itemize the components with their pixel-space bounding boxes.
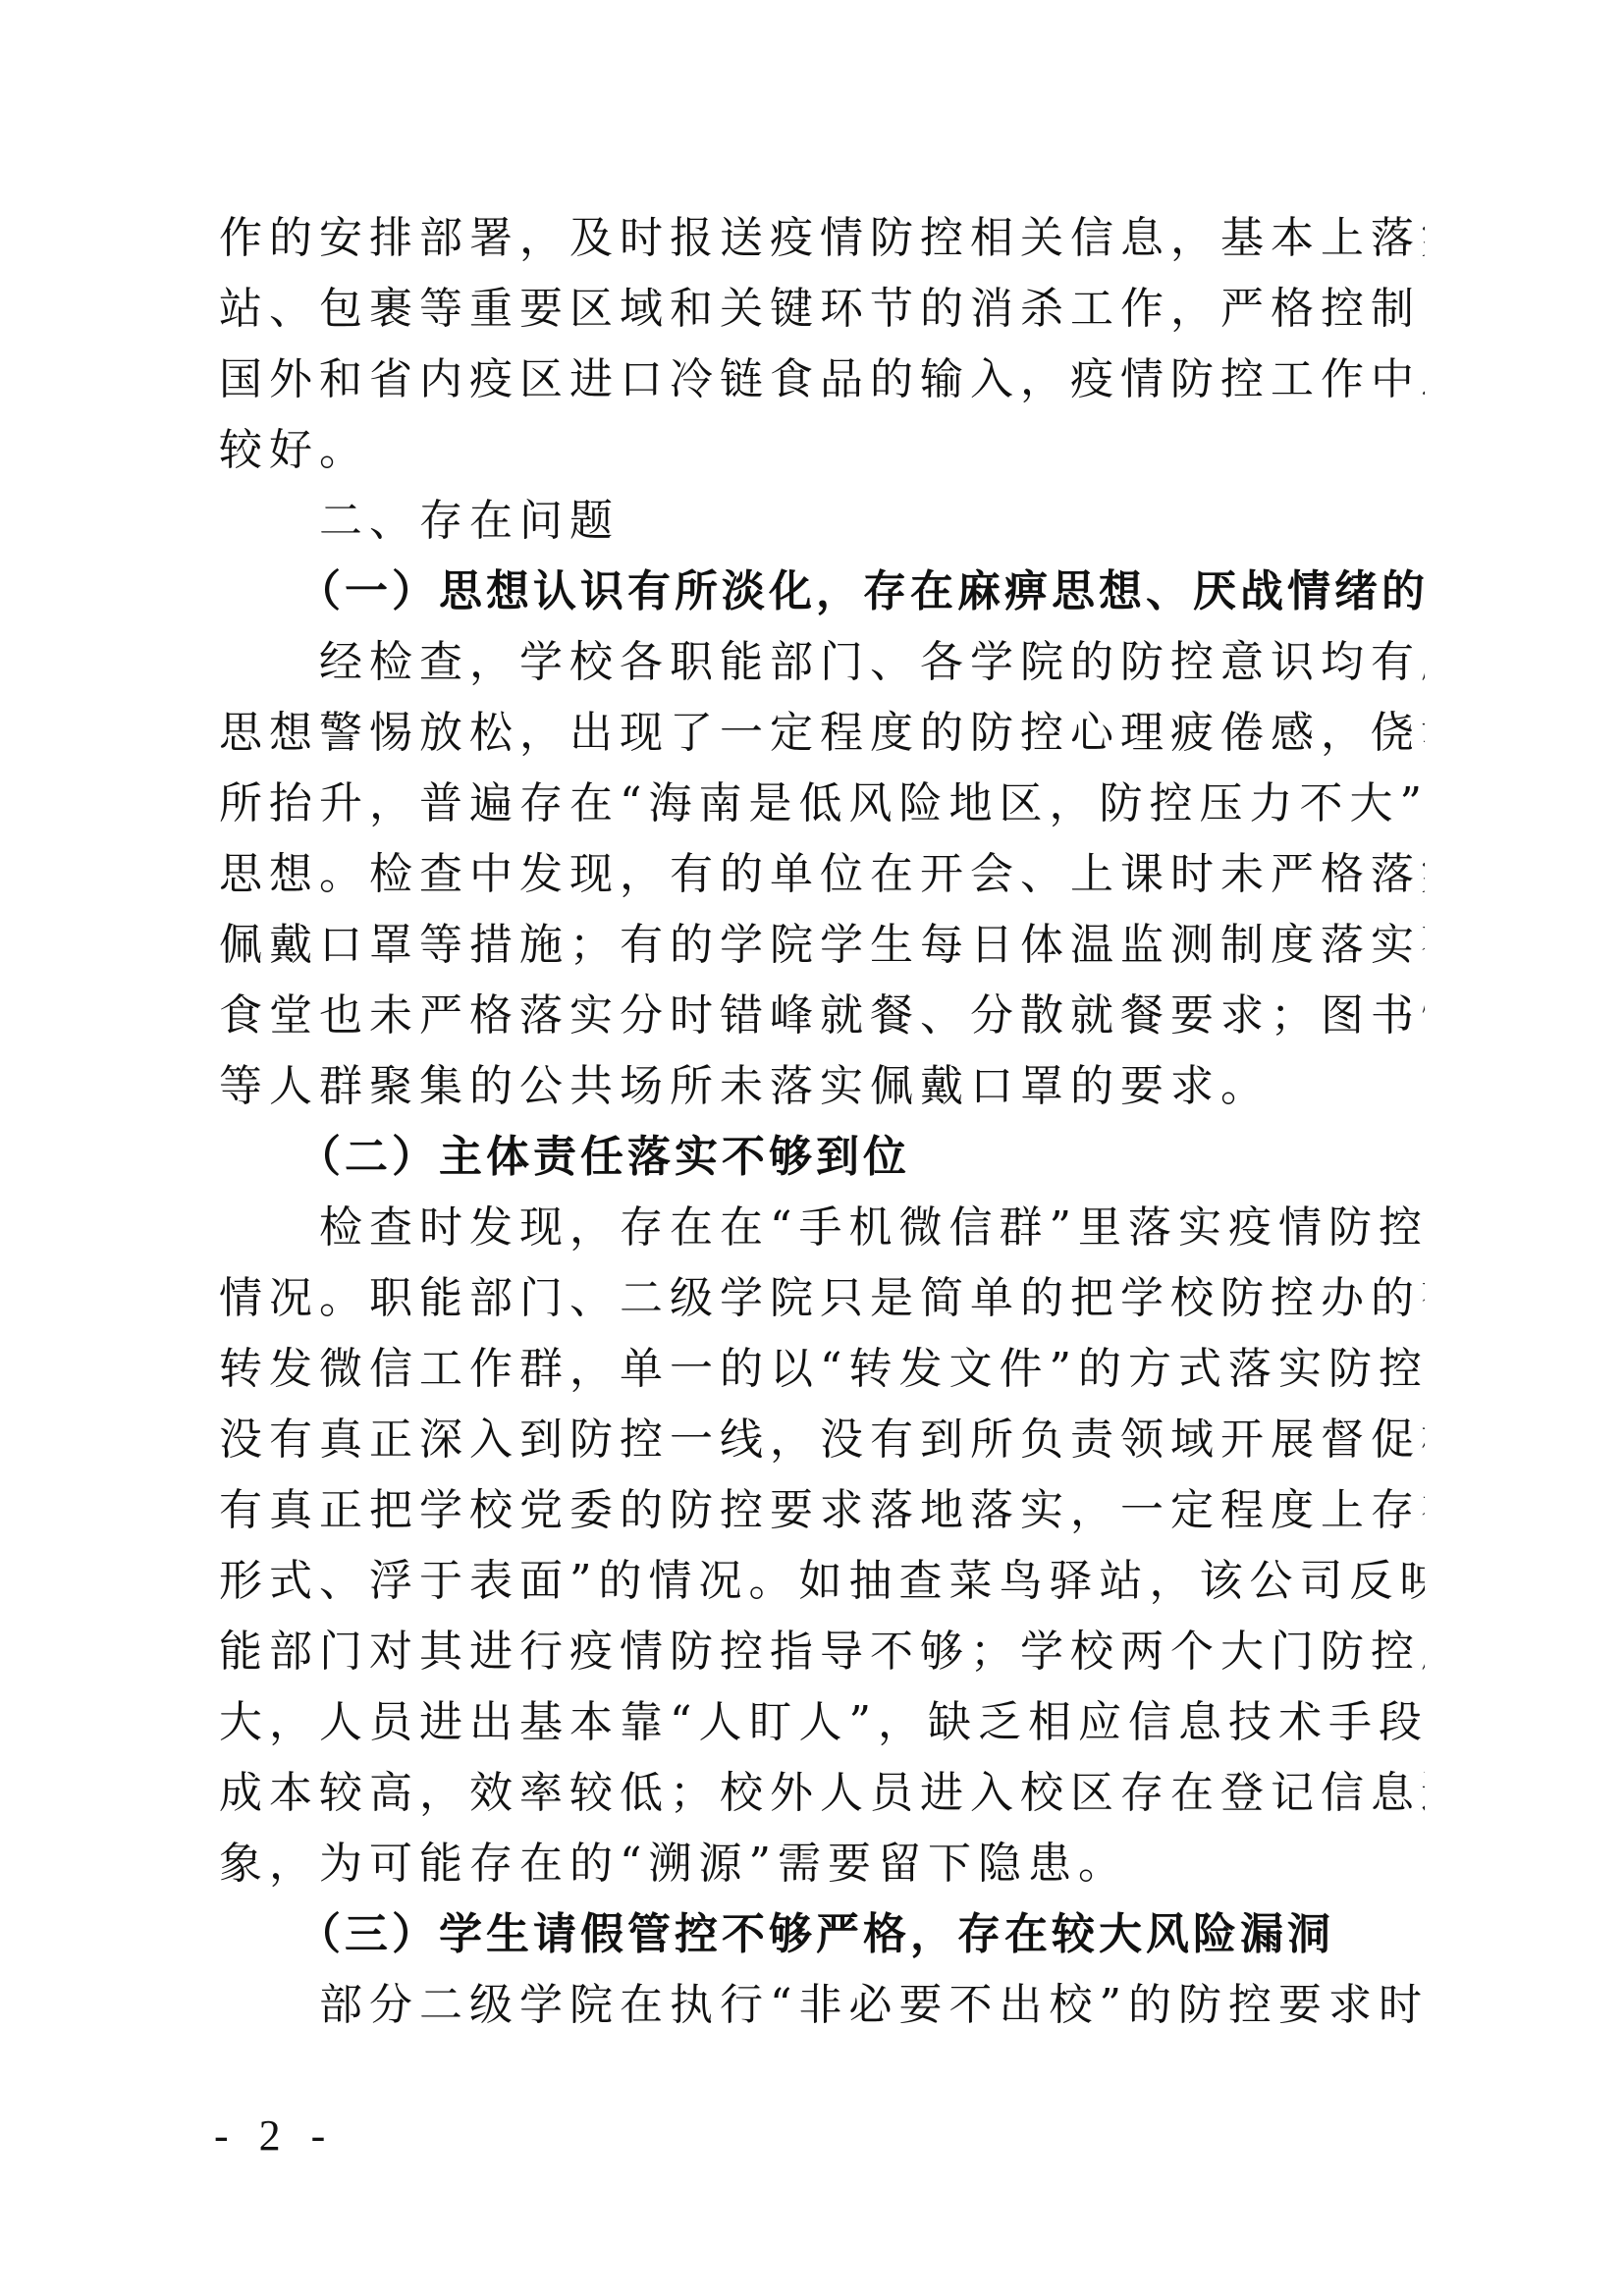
subsection-heading: （三）学生请假管控不够严格，存在较大风险漏洞 [219, 1899, 1425, 1970]
body-line: 转发微信工作群，单一的以“转发文件”的方式落实防控工作， [219, 1334, 1425, 1405]
body-line: 等人群聚集的公共场所未落实佩戴口罩的要求。 [219, 1051, 1425, 1122]
paragraph-start: 经检查，学校各职能部门、各学院的防控意识均有所松懈， [219, 627, 1425, 698]
body-line: 能部门对其进行疫情防控指导不够；学校两个大门防控压力较 [219, 1617, 1425, 1687]
body-line: 站、包裹等重要区域和关键环节的消杀工作，严格控制了食堂从 [219, 274, 1425, 345]
body-line: 佩戴口罩等措施；有的学院学生每日体温监测制度落实不到位； [219, 910, 1425, 981]
page-number: - 2 - [214, 2110, 335, 2161]
body-line: 大，人员进出基本靠“人盯人”，缺乏相应信息技术手段，人力 [219, 1687, 1425, 1758]
body-line: 食堂也未严格落实分时错峰就餐、分散就餐要求；图书馆、食堂 [219, 981, 1425, 1051]
body-line: 所抬升，普遍存在“海南是低风险地区，防控压力不大”的错误 [219, 769, 1425, 839]
body-line: 有真正把学校党委的防控要求落地落实，一定程度上存在“流于 [219, 1475, 1425, 1546]
body-line: 形式、浮于表面”的情况。如抽查菜鸟驿站，该公司反映相关职 [219, 1546, 1425, 1617]
body-line: 较好。 [219, 415, 1425, 486]
document-page: 作的安排部署，及时报送疫情防控相关信息，基本上落实了快递 站、包裹等重要区域和关… [219, 203, 1425, 2041]
body-line: 思想。检查中发现，有的单位在开会、上课时未严格落实测温、 [219, 839, 1425, 910]
subsection-heading: （二）主体责任落实不够到位 [219, 1122, 1425, 1193]
body-line: 思想警惕放松，出现了一定程度的防控心理疲倦感，侥幸心理有 [219, 698, 1425, 769]
body-line: 没有真正深入到防控一线，没有到所负责领域开展督促检查，没 [219, 1405, 1425, 1475]
subsection-heading: （一）思想认识有所淡化，存在麻痹思想、厌战情绪的问题 [219, 557, 1425, 627]
body-line: 成本较高，效率较低；校外人员进入校区存在登记信息遗漏的现 [219, 1758, 1425, 1829]
body-line: 情况。职能部门、二级学院只是简单的把学校防控办的有关文件 [219, 1263, 1425, 1334]
body-line: 国外和省内疫区进口冷链食品的输入，疫情防控工作中总体情况 [219, 345, 1425, 415]
paragraph-start: 检查时发现，存在在“手机微信群”里落实疫情防控要求的 [219, 1193, 1425, 1263]
body-line: 作的安排部署，及时报送疫情防控相关信息，基本上落实了快递 [219, 203, 1425, 274]
paragraph-start: 部分二级学院在执行“非必要不出校”的防控要求时存在“打 [219, 1970, 1425, 2041]
section-heading: 二、存在问题 [219, 486, 1425, 557]
body-line: 象，为可能存在的“溯源”需要留下隐患。 [219, 1829, 1425, 1899]
